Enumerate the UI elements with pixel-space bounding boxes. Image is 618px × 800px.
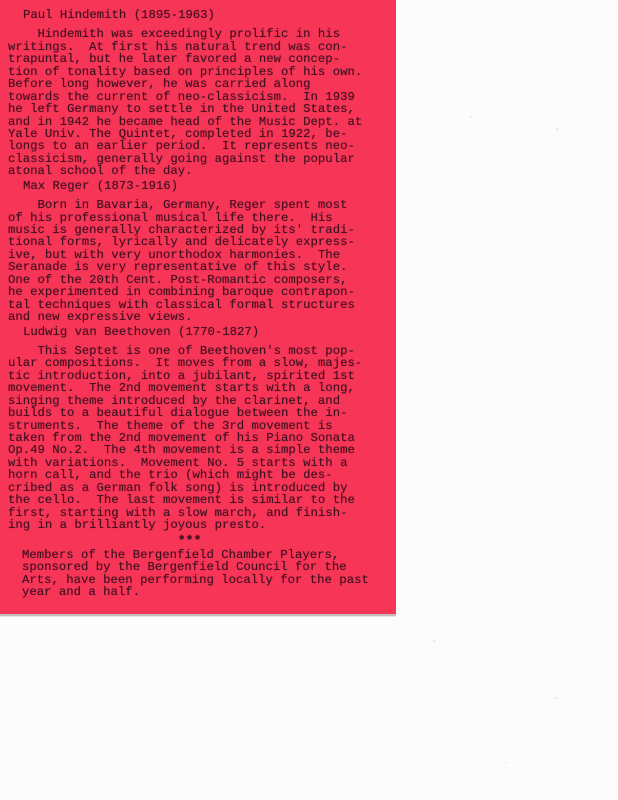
scan-speck — [505, 762, 507, 764]
text-line: the cello. The last movement is similar … — [8, 494, 396, 506]
text-line: Born in Bavaria, Germany, Reger spent mo… — [8, 199, 396, 211]
text-line: he left Germany to settle in the United … — [8, 103, 396, 115]
text-line: ing in a brilliantly joyous presto. — [8, 519, 396, 531]
paragraph-hindemith: Hindemith was exceedingly prolific in hi… — [8, 28, 396, 177]
scan-speck — [433, 640, 436, 642]
text-line: Before long however, he was carried alon… — [8, 78, 396, 90]
asterisk-separator: *** — [178, 535, 396, 547]
text-line: horn call, and the trio (which might be … — [8, 469, 396, 481]
text-line: atonal school of the day. — [8, 165, 396, 177]
text-line: he experimented in combining baroque con… — [8, 286, 396, 298]
section-heading-reger: Max Reger (1873-1916) — [8, 180, 396, 192]
scanned-page-background: Paul Hindemith (1895-1963) Hindemith was… — [0, 0, 618, 800]
text-line: tional forms, lyrically and delicately e… — [8, 236, 396, 248]
pink-program-notes-sheet: Paul Hindemith (1895-1963) Hindemith was… — [0, 0, 396, 614]
scan-speck — [470, 116, 473, 118]
paragraph-beethoven: This Septet is one of Beethoven's most p… — [8, 345, 396, 532]
text-line: Op.49 No.2. The 4th movement is a simple… — [8, 444, 396, 456]
text-line: builds to a beautiful dialogue between t… — [8, 407, 396, 419]
text-line: and new expressive views. — [8, 311, 396, 323]
section-heading-hindemith: Paul Hindemith (1895-1963) — [8, 9, 396, 21]
text-line: year and a half. — [22, 586, 396, 598]
scan-speck — [583, 376, 585, 378]
text-line: sponsored by the Bergenfield Council for… — [22, 561, 396, 573]
section-heading-beethoven: Ludwig van Beethoven (1770-1827) — [8, 326, 396, 338]
text-line: Hindemith was exceedingly prolific in hi… — [8, 28, 396, 40]
paragraph-chamber-players-note: Members of the Bergenfield Chamber Playe… — [8, 549, 396, 599]
text-line: movement. The 2nd movement starts with a… — [8, 382, 396, 394]
text-line: trapuntal, but he later favored a new co… — [8, 53, 396, 65]
text-line: Seranade is very representative of this … — [8, 261, 396, 273]
scan-speck — [556, 128, 559, 131]
text-line: ular compositions. It moves from a slow,… — [8, 357, 396, 369]
text-line: longs to an earlier period. It represent… — [8, 140, 396, 152]
paragraph-reger: Born in Bavaria, Germany, Reger spent mo… — [8, 199, 396, 323]
scan-speck — [554, 697, 557, 699]
